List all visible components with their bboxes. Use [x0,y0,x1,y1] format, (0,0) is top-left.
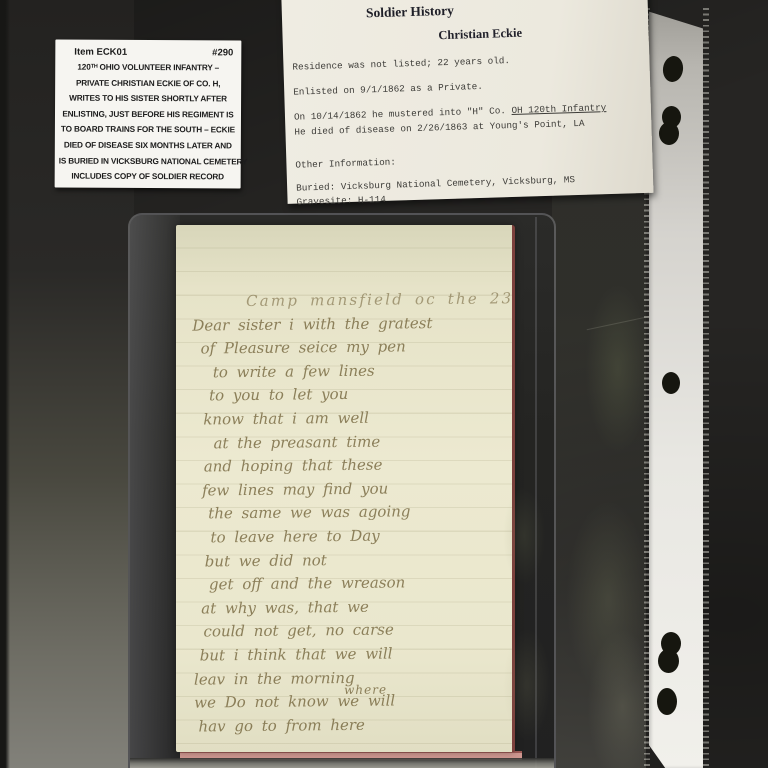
muster-line-unit: OH 120th Infantry [511,102,606,116]
plastic-sleeve: Camp mansfield oc the 23/1862 Dear siste… [128,213,556,768]
handwritten-letter: Camp mansfield oc the 23/1862 Dear siste… [176,225,515,752]
letter-line: could not get, no carse [203,618,513,645]
binder-strip [649,4,703,768]
label-card-header: Item ECK01 #290 [59,45,237,60]
protector-weld-seam [703,8,709,766]
letter-line: and hoping that these [204,452,512,479]
soldier-history-title: Soldier History [281,0,538,24]
soldier-history-card: Soldier History Christian Eckie Residenc… [281,0,653,204]
item-number: #290 [212,47,233,58]
residence-line: Residence was not listed; 22 years old. [292,50,645,74]
photo-scene: Camp mansfield oc the 23/1862 Dear siste… [0,0,768,768]
label-line: TO BOARD TRAINS FOR THE SOUTH – ECKIE [59,122,237,139]
soldier-history-body: Residence was not listed; 22 years old. … [292,50,649,209]
letter-line: get off and the wreason [209,570,513,597]
letter-line: of Pleasure seice my pen [200,334,510,361]
label-line: WRITES TO HIS SISTER SHORTLY AFTER [59,91,237,108]
item-id: Item ECK01 [74,47,127,58]
label-line: IS BURIED IN VICKSBURG NATIONAL CEMETERY [59,153,237,170]
letter-line: know that i am well [203,405,511,432]
letter-line: to leave here to Day [210,523,512,550]
label-line: ENLISTING, JUST BEFORE HIS REGIMENT IS [59,106,237,123]
letter-line: to you to let you [209,382,511,409]
letter-line: but i think that we will [200,641,514,668]
binder-hole [662,372,680,394]
binder-hole [659,122,679,145]
label-line: PRIVATE CHRISTIAN ECKIE OF CO. H, [59,75,237,92]
auction-label-card: Item ECK01 #290 120ᵀᴴ OHIO VOLUNTEER INF… [55,40,242,189]
binder-hole [658,649,679,673]
binder-hole [657,688,677,715]
enlisted-line: Enlisted on 9/1/1862 as a Private. [293,75,646,99]
letter-line: at why was, that we [201,594,513,621]
letter-line: but we did not [205,547,513,574]
letter-line: at the preasant time [213,429,511,456]
letter-text: Camp mansfield oc the 23/1862 Dear siste… [173,223,515,753]
label-line: 120ᵀᴴ OHIO VOLUNTEER INFANTRY – [59,60,237,77]
soldier-name: Christian Eckie [348,23,612,46]
letter-line: the same we was agoing [208,500,512,527]
label-line: DIED OF DISEASE SIX MONTHS LATER AND [59,138,237,155]
binder-hole [661,55,684,84]
sleeve-edge-seam [535,217,537,768]
letter-line: wherewe Do not know we will [194,688,514,715]
letter-line: hav go to from here [198,712,514,739]
sleeve-bottom-edge [130,758,554,768]
label-line: INCLUDES COPY OF SOLDIER RECORD [59,169,237,186]
inserted-word: where [344,679,387,703]
letter-line: Camp mansfield oc the 23/1862 [246,287,510,313]
letter-line: to write a few lines [213,358,511,385]
other-info-label: Other Information: [295,148,648,172]
letter-line: few lines may find you [202,476,512,503]
label-card-description: 120ᵀᴴ OHIO VOLUNTEER INFANTRY – PRIVATE … [59,60,238,186]
letter-line: Dear sister i with the gratest [192,311,510,338]
